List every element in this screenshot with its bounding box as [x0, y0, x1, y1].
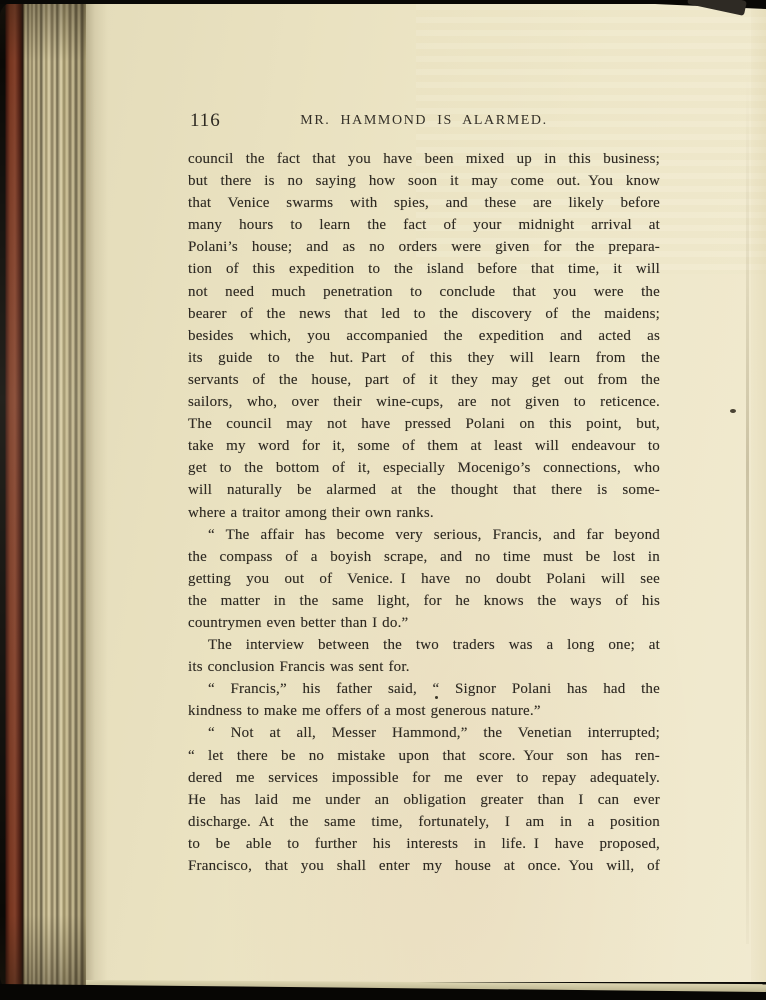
text-line: not need much penetration to conclude th… [188, 281, 660, 303]
text-line: get to the bottom of it, especially Moce… [188, 457, 660, 479]
page-header: 116 MR. HAMMOND IS ALARMED. [188, 110, 660, 134]
text-line: servants of the house, part of it they m… [188, 369, 660, 391]
text-line: council the fact that you have been mixe… [188, 148, 660, 170]
text-line: “ Not at all, Messer Hammond,” the Venet… [188, 722, 660, 744]
text-line: “ Francis,” his father said, “ Signor Po… [188, 678, 660, 700]
text-line: its conclusion Francis was sent for. [188, 656, 660, 678]
body-text: council the fact that you have been mixe… [188, 148, 660, 877]
text-line: besides which, you accompanied the exped… [188, 325, 660, 347]
text-line: many hours to learn the fact of your mid… [188, 214, 660, 236]
text-line: but there is no saying how soon it may c… [188, 170, 660, 192]
page-crease [746, 74, 749, 944]
text-line: bearer of the news that led to the disco… [188, 303, 660, 325]
text-line: to be able to further his interests in l… [188, 833, 660, 855]
text-line: dered me services impossible for me ever… [188, 767, 660, 789]
text-line: will naturally be alarmed at the thought… [188, 479, 660, 501]
text-line: The interview between the two traders wa… [188, 634, 660, 656]
text-line: where a traitor among their own ranks. [188, 502, 660, 524]
text-line: Francisco, that you shall enter my house… [188, 855, 660, 877]
text-line: Polani’s house; and as no orders were gi… [188, 236, 660, 258]
text-line: that Venice swarms with spies, and these… [188, 192, 660, 214]
text-line: the matter in the same light, for he kno… [188, 590, 660, 612]
text-line: getting you out of Venice. I have no dou… [188, 568, 660, 590]
text-line: The council may not have pressed Polani … [188, 413, 660, 435]
text-line: the compass of a boyish scrape, and no t… [188, 546, 660, 568]
text-line: countrymen even better than I do.” [188, 612, 660, 634]
text-line: kindness to make me offers of a most gen… [188, 700, 660, 722]
text-line: discharge. At the same time, fortunately… [188, 811, 660, 833]
text-line: its guide to the hut. Part of this they … [188, 347, 660, 369]
text-line: He has laid me under an obligation great… [188, 789, 660, 811]
book-photo: 116 MR. HAMMOND IS ALARMED. council the … [0, 0, 766, 1000]
book-fore-edge-pages [0, 2, 92, 994]
text-line: “ The affair has become very serious, Fr… [188, 524, 660, 546]
book-page: 116 MR. HAMMOND IS ALARMED. council the … [86, 4, 766, 982]
ink-speck [435, 696, 438, 699]
running-title: MR. HAMMOND IS ALARMED. [188, 113, 660, 129]
text-line: tion of this expedition to the island be… [188, 258, 660, 280]
page-right-edge-shading [751, 4, 766, 982]
text-line: take my word for it, some of them at lea… [188, 435, 660, 457]
text-line: “ let there be no mistake upon that scor… [188, 745, 660, 767]
text-line: sailors, who, over their wine-cups, are … [188, 391, 660, 413]
ink-speck [730, 409, 736, 413]
